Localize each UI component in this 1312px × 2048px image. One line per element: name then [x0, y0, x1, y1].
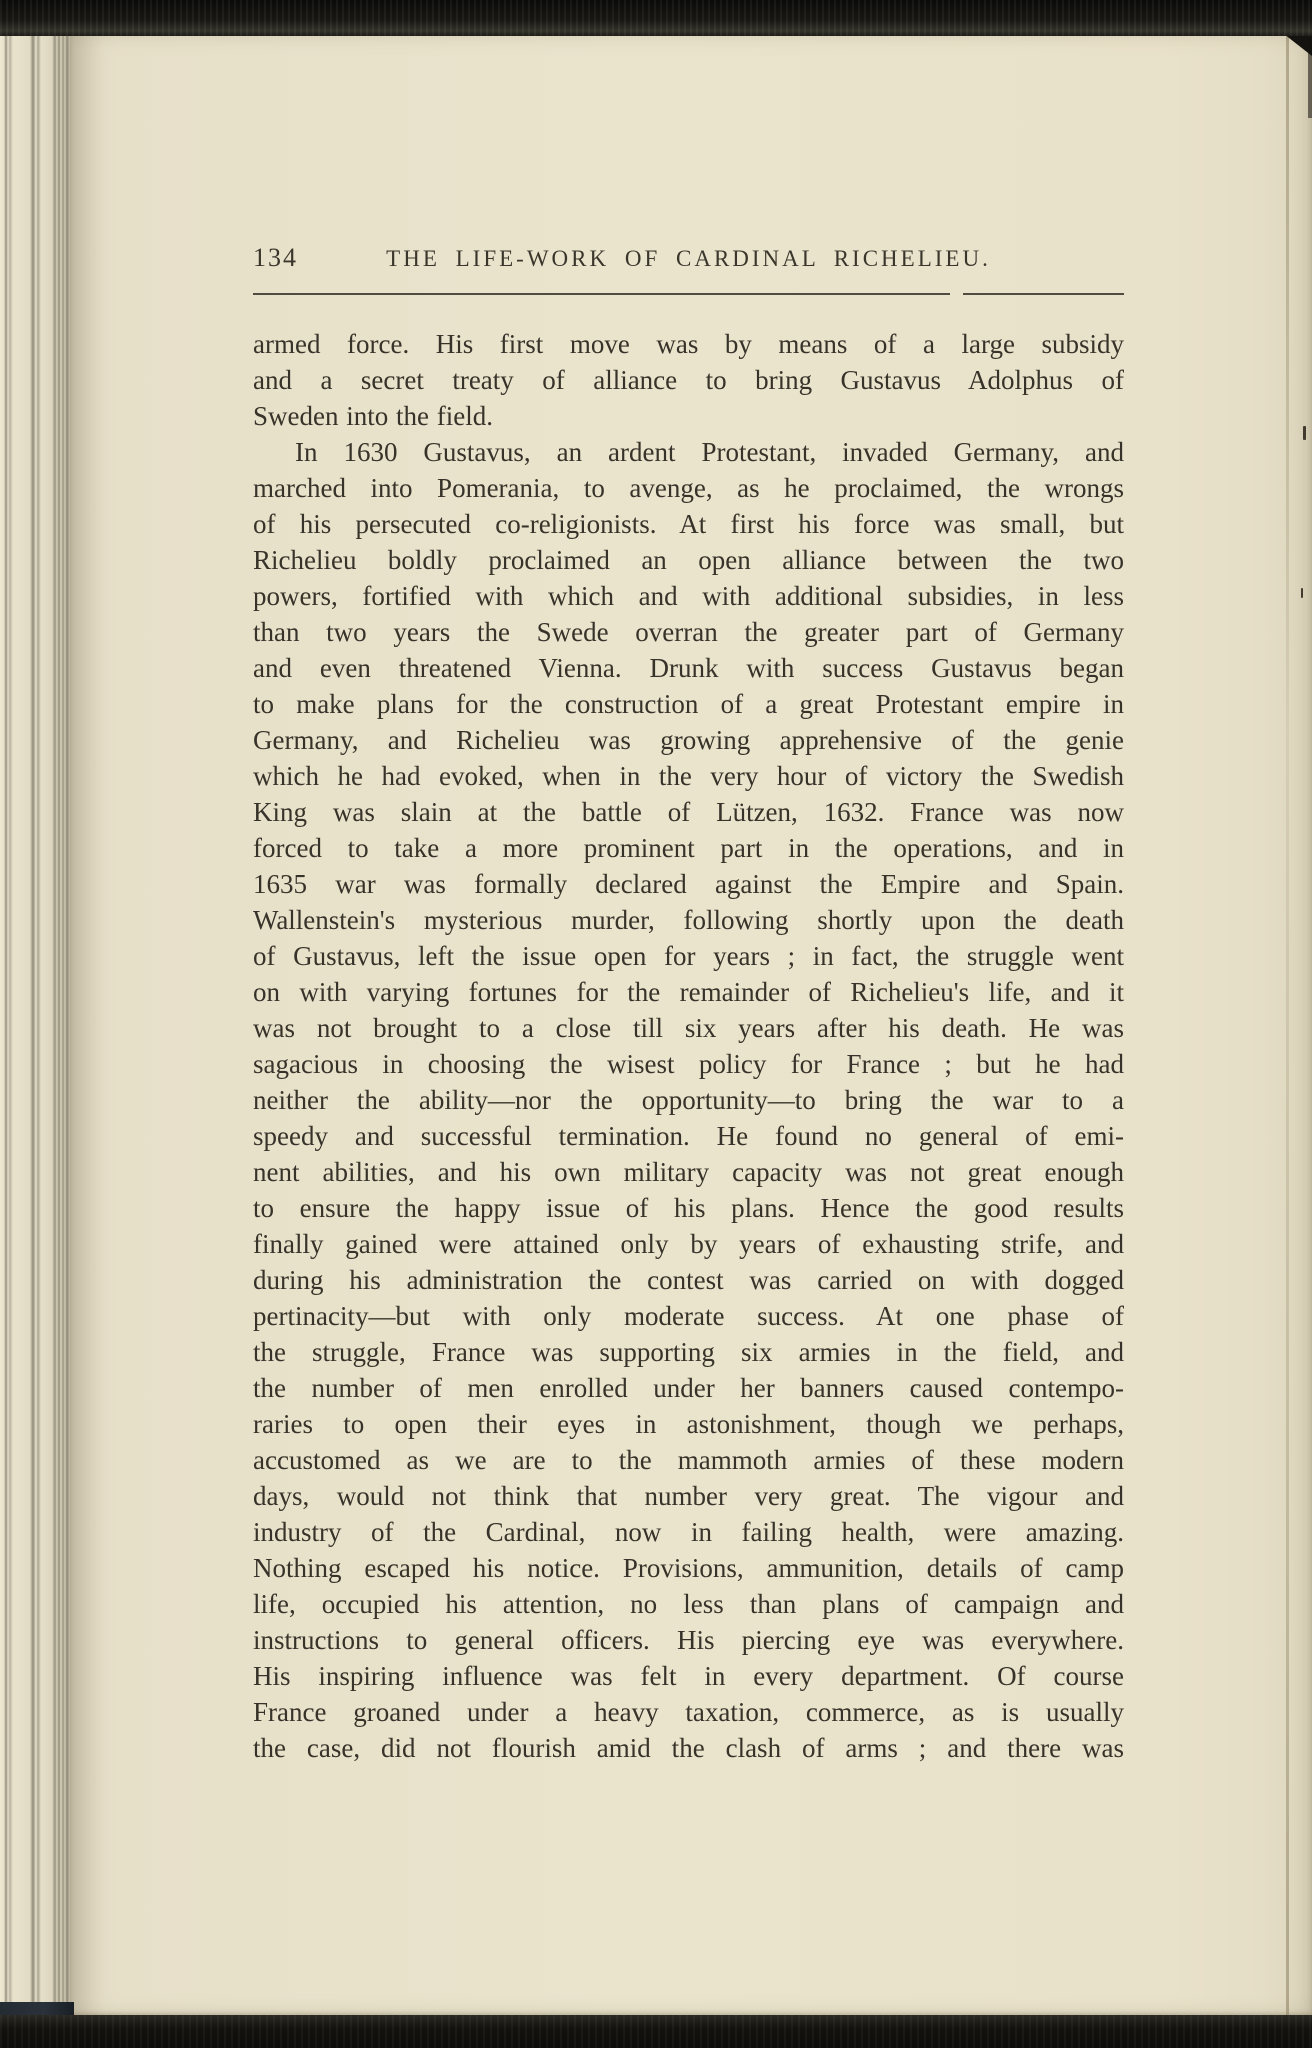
- text-line: In 1630 Gustavus, an ardent Protestant, …: [253, 434, 1124, 470]
- header-rule-segment: [253, 293, 950, 295]
- text-line: powers, fortified with which and with ad…: [253, 578, 1124, 614]
- page-edge-stack: [0, 34, 70, 2016]
- text-line: France groaned under a heavy taxation, c…: [253, 1694, 1124, 1730]
- text-line: finally gained were attained only by yea…: [253, 1226, 1124, 1262]
- paragraph: In 1630 Gustavus, an ardent Protestant, …: [253, 434, 1124, 1766]
- paragraph: armed force. His first move was by means…: [253, 326, 1124, 434]
- page-crease: [1286, 34, 1289, 2016]
- book-cover-bottom: [0, 2015, 1312, 2048]
- header-rule-segment: [963, 293, 1124, 295]
- text-line: which he had evoked, when in the very ho…: [253, 758, 1124, 794]
- text-line: neither the ability—nor the opportunity—…: [253, 1082, 1124, 1118]
- text-line: on with varying fortunes for the remaind…: [253, 974, 1124, 1010]
- book-scan: 134 THE LIFE-WORK OF CARDINAL RICHELIEU.…: [0, 0, 1312, 2048]
- text-line: of Gustavus, left the issue open for yea…: [253, 938, 1124, 974]
- text-line: armed force. His first move was by means…: [253, 326, 1124, 362]
- text-line: than two years the Swede overran the gre…: [253, 614, 1124, 650]
- text-line: Richelieu boldly proclaimed an open alli…: [253, 542, 1124, 578]
- text-line: sagacious in choosing the wisest policy …: [253, 1046, 1124, 1082]
- text-line: His inspiring influence was felt in ever…: [253, 1658, 1124, 1694]
- page-text: armed force. His first move was by means…: [253, 326, 1124, 1766]
- text-line: Sweden into the field.: [253, 398, 1124, 434]
- text-line: and a secret treaty of alliance to bring…: [253, 362, 1124, 398]
- text-line: the case, did not flourish amid the clas…: [253, 1730, 1124, 1766]
- text-line: instructions to general officers. His pi…: [253, 1622, 1124, 1658]
- text-line: Wallenstein's mysterious murder, followi…: [253, 902, 1124, 938]
- scan-speck: [1303, 426, 1306, 440]
- text-line: and even threatened Vienna. Drunk with s…: [253, 650, 1124, 686]
- text-line: was not brought to a close till six year…: [253, 1010, 1124, 1046]
- text-line: Nothing escaped his notice. Provisions, …: [253, 1550, 1124, 1586]
- text-line: to ensure the happy issue of his plans. …: [253, 1190, 1124, 1226]
- text-line: nent abilities, and his own military cap…: [253, 1154, 1124, 1190]
- scan-speck: [1301, 588, 1303, 598]
- text-line: 1635 war was formally declared against t…: [253, 866, 1124, 902]
- header-rule: [253, 293, 1124, 295]
- text-line: life, occupied his attention, no less th…: [253, 1586, 1124, 1622]
- text-line: forced to take a more prominent part in …: [253, 830, 1124, 866]
- book-page: 134 THE LIFE-WORK OF CARDINAL RICHELIEU.…: [70, 34, 1312, 2016]
- text-line: pertinacity—but with only moderate succe…: [253, 1298, 1124, 1334]
- running-title: THE LIFE-WORK OF CARDINAL RICHELIEU.: [253, 246, 1124, 272]
- text-line: to make plans for the construction of a …: [253, 686, 1124, 722]
- text-line: King was slain at the battle of Lützen, …: [253, 794, 1124, 830]
- text-line: marched into Pomerania, to avenge, as he…: [253, 470, 1124, 506]
- text-line: raries to open their eyes in astonishmen…: [253, 1406, 1124, 1442]
- text-line: the struggle, France was supporting six …: [253, 1334, 1124, 1370]
- text-line: of his persecuted co-religionists. At fi…: [253, 506, 1124, 542]
- text-line: during his administration the contest wa…: [253, 1262, 1124, 1298]
- book-cover-top: [0, 0, 1312, 36]
- page-edge-shadow: [1308, 34, 1312, 118]
- text-line: speedy and successful termination. He fo…: [253, 1118, 1124, 1154]
- text-line: Germany, and Richelieu was growing appre…: [253, 722, 1124, 758]
- text-line: industry of the Cardinal, now in failing…: [253, 1514, 1124, 1550]
- text-line: days, would not think that number very g…: [253, 1478, 1124, 1514]
- text-line: accustomed as we are to the mammoth armi…: [253, 1442, 1124, 1478]
- text-line: the number of men enrolled under her ban…: [253, 1370, 1124, 1406]
